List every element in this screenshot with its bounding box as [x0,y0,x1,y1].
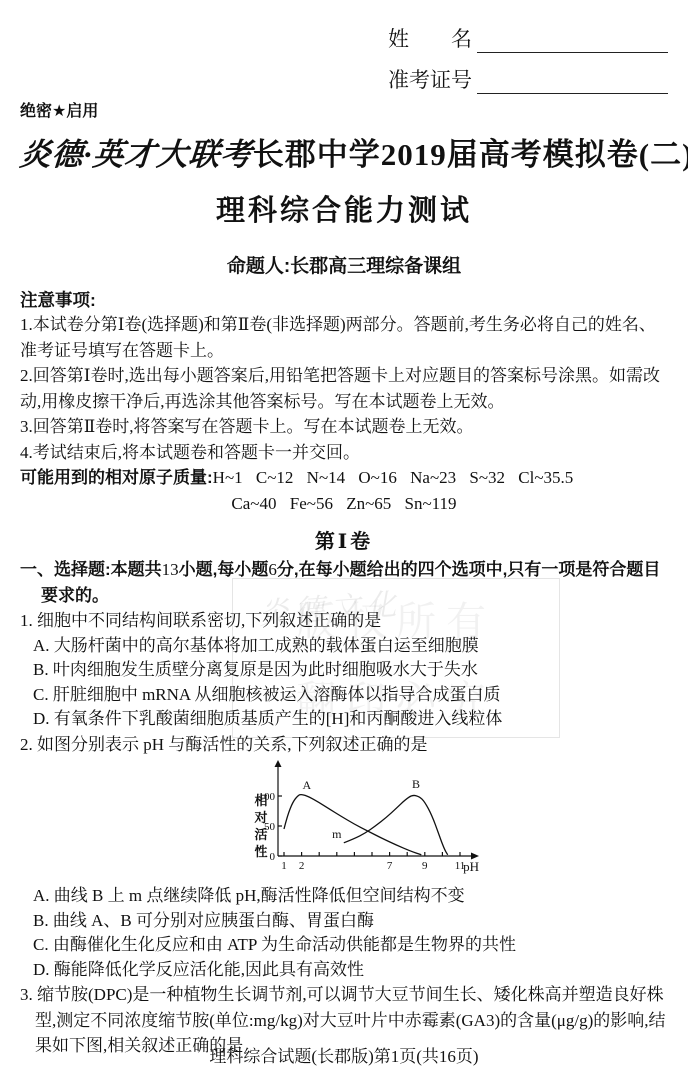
question-2-option-a: A. 曲线 B 上 m 点继续降低 pH,酶活性降低但空间结构不变 [33,884,668,909]
svg-text:活: 活 [254,827,267,842]
exam-title-rest: 长郡中学2019届高考模拟卷(二) [253,137,688,172]
svg-text:pH: pH [463,859,479,874]
page-footer: 理科综合试题(长郡版)第1页(共16页) [0,1042,688,1067]
intro-part-2: 小题,每小题 [179,560,269,579]
intro-part-1: 一、选择题:本题共 [20,560,162,579]
admission-field-row: 准考证号 [388,53,668,94]
svg-text:7: 7 [387,860,393,872]
svg-text:0: 0 [270,851,276,863]
question-1-option-d: D. 有氧条件下乳酸菌细胞质基质产生的[H]和丙酮酸进入线粒体 [33,707,668,732]
question-1-option-a: A. 大肠杆菌中的高尔基体将加工成熟的载体蛋白运至细胞膜 [33,634,668,659]
exam-title: 炎德·英才大联考长郡中学2019届高考模拟卷(二) [20,129,668,174]
question-2-options: A. 曲线 B 上 m 点继续降低 pH,酶活性降低但空间结构不变 B. 曲线 … [33,884,668,982]
notice-item-4: 4.考试结束后,将本试题卷和答题卡一并交回。 [20,440,668,466]
section-one-intro: 一、选择题:本题共13小题,每小题6分,在每小题给出的四个选项中,只有一项是符合… [20,557,668,608]
question-2-option-b: B. 曲线 A、B 可分别对应胰蛋白酶、胃蛋白酶 [33,909,668,934]
proposer-line: 命题人:长郡高三理综备课组 [20,251,668,278]
atomic-masses-label: 可能用到的相对原子质量: [20,468,213,487]
svg-text:2: 2 [299,860,305,872]
question-2-option-c: C. 由酶催化生化反应和由 ATP 为生命活动供能都是生物界的共性 [33,933,668,958]
svg-text:9: 9 [422,860,428,872]
name-field-row: 姓 名 [388,12,668,53]
svg-text:性: 性 [253,844,267,859]
question-1-option-c: C. 肝脏细胞中 mRNA 从细胞核被运入溶酶体以指导合成蛋白质 [33,683,668,708]
volume-title: 第Ⅰ卷 [20,525,668,554]
question-1-option-b: B. 叶肉细胞发生质壁分离复原是因为此时细胞吸水大于失水 [33,658,668,683]
atomic-masses-values-1: H~1 C~12 N~14 O~16 Na~23 S~32 Cl~35.5 [213,468,574,487]
svg-text:1: 1 [281,860,287,872]
question-2-option-d: D. 酶能降低化学反应活化能,因此具有高效性 [33,958,668,983]
candidate-info-block: 姓 名 准考证号 [388,0,668,94]
exam-title-brand: 炎德·英才大联考 [18,129,254,174]
svg-text:对: 对 [253,810,267,825]
question-1-stem: 1. 细胞中不同结构间联系密切,下列叙述正确的是 [20,608,668,634]
intro-count: 13 [162,560,179,579]
svg-text:m: m [332,827,342,841]
admission-fill-line [477,63,668,94]
svg-text:相: 相 [254,793,267,808]
notice-heading: 注意事项: [20,287,668,312]
notice-item-3: 3.回答第Ⅱ卷时,将答案写在答题卡上。写在本试题卷上无效。 [20,414,668,440]
notice-item-1: 1.本试卷分第Ⅰ卷(选择题)和第Ⅱ卷(非选择题)两部分。答题前,考生务必将自己的… [20,312,668,363]
subject-title: 理科综合能力测试 [20,188,668,229]
svg-text:A: A [303,778,312,792]
name-field-label: 姓 名 [388,23,472,53]
question-2-stem: 2. 如图分别表示 pH 与酶活性的关系,下列叙述正确的是 [20,732,668,758]
atomic-masses-line2: Ca~40 Fe~56 Zn~65 Sn~119 [20,491,668,517]
intro-points: 6 [268,560,277,579]
classification-label: 绝密★启用 [20,98,668,121]
question-2-figure: 127911050100ABm相对活性pH [252,759,668,882]
enzyme-activity-chart: 127911050100ABm相对活性pH [252,759,480,877]
svg-text:B: B [412,777,420,791]
exam-paper-page: 版权所有 翻印必究 炎德文化 姓 名 准考证号 绝密★启用 炎德·英才大联考长郡… [0,0,688,1079]
atomic-masses-line1: 可能用到的相对原子质量:H~1 C~12 N~14 O~16 Na~23 S~3… [20,465,668,491]
question-1-options: A. 大肠杆菌中的高尔基体将加工成熟的载体蛋白运至细胞膜 B. 叶肉细胞发生质壁… [33,634,668,732]
notice-item-2: 2.回答第Ⅰ卷时,选出每小题答案后,用铅笔把答题卡上对应题目的答案标号涂黑。如需… [20,363,668,414]
name-fill-line [477,22,668,53]
page-content: 姓 名 准考证号 绝密★启用 炎德·英才大联考长郡中学2019届高考模拟卷(二)… [0,0,688,1059]
admission-field-label: 准考证号 [388,64,472,94]
